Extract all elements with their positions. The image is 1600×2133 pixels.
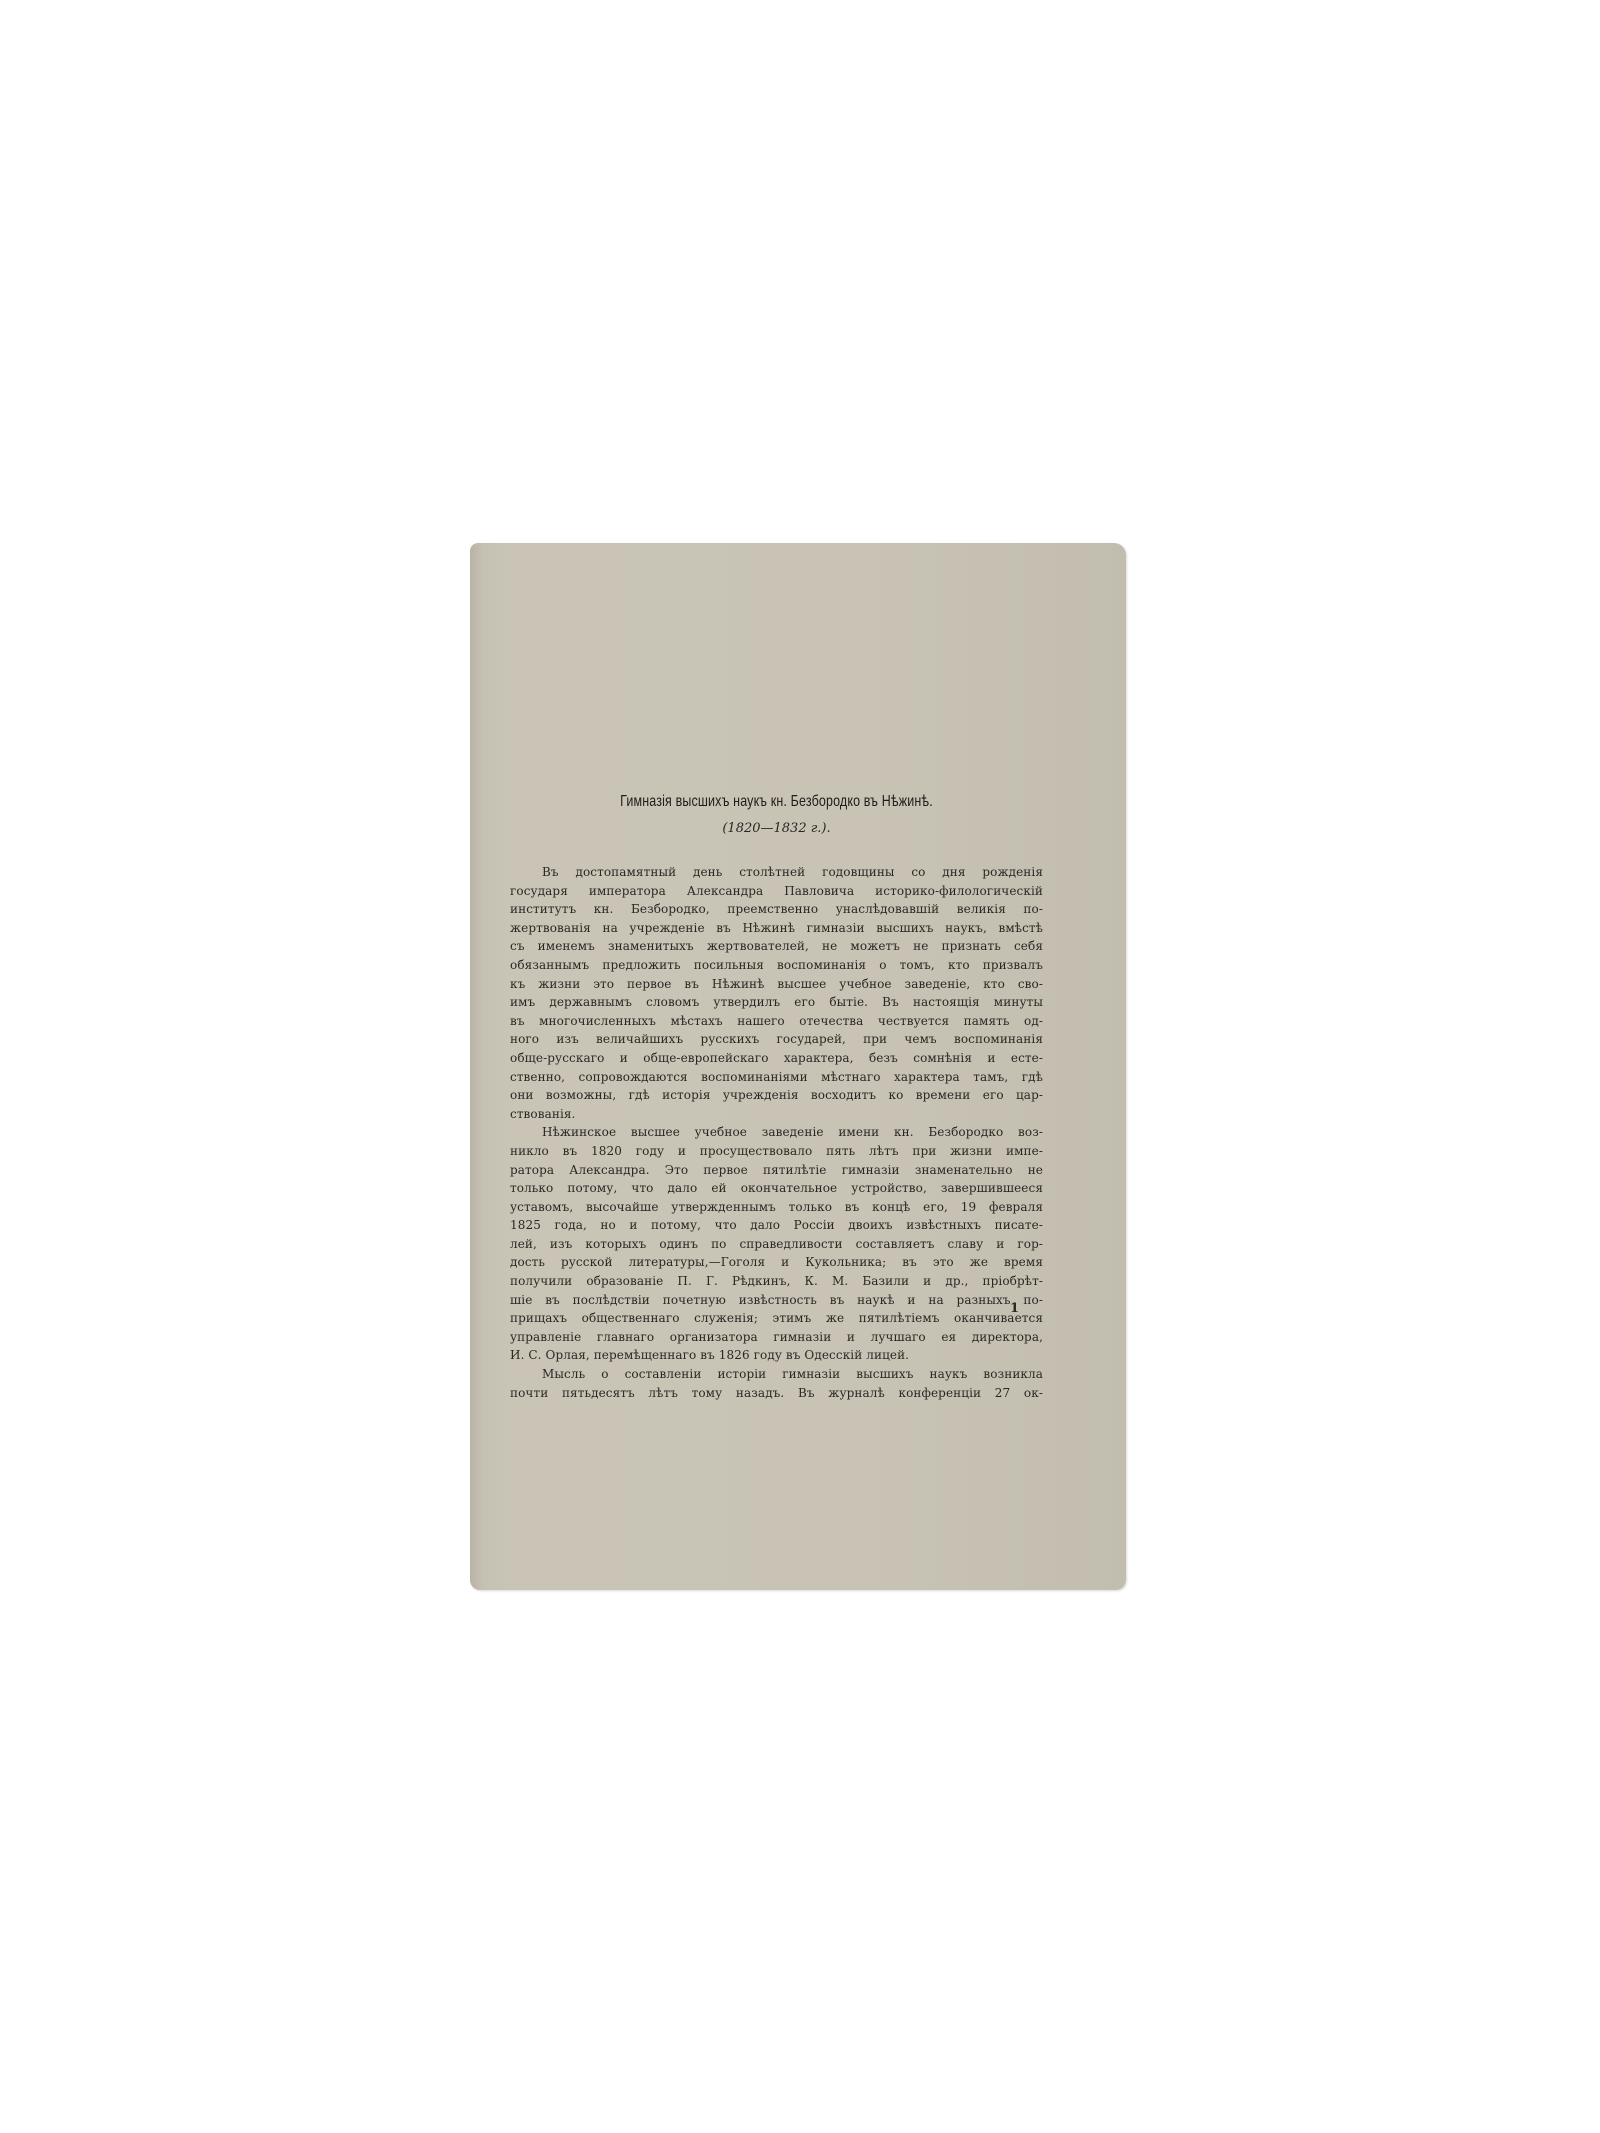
text-line: уставомъ, высочайше утвержденнымъ только… — [510, 1198, 1043, 1217]
text-line: управленіе главнаго организатора гимназі… — [510, 1328, 1043, 1347]
text-line: имъ державнымъ словомъ утвердилъ его быт… — [510, 993, 1043, 1012]
text-line: государя императора Александра Павловича… — [510, 882, 1043, 901]
paragraph-3: Мысль о составленіи исторіи гимназіи выс… — [510, 1365, 1043, 1402]
text-line: 1825 года, но и потому, что дало Россіи … — [510, 1216, 1043, 1235]
text-line: къ жизни это первое въ Нѣжинѣ высшее уче… — [510, 975, 1043, 994]
text-line: ственно, сопровождаются воспоминаніями м… — [510, 1068, 1043, 1087]
paragraph-1: Въ достопамятный день столѣтней годовщин… — [510, 863, 1043, 1123]
text-line: только потому, что дало ей окончательное… — [510, 1179, 1043, 1198]
body-text: Въ достопамятный день столѣтней годовщин… — [510, 863, 1043, 1402]
text-line: Въ достопамятный день столѣтней годовщин… — [510, 863, 1043, 882]
book-page: Гимназія высшихъ наукъ кн. Безбородко въ… — [470, 543, 1126, 1590]
text-line: лей, изъ которыхъ одинъ по справедливост… — [510, 1235, 1043, 1254]
text-line: обще-русскаго и обще-европейскаго характ… — [510, 1049, 1043, 1068]
text-line: ствованія. — [510, 1105, 1043, 1124]
text-line: получили образованіе П. Г. Рѣдкинъ, К. М… — [510, 1272, 1043, 1291]
text-line: почти пятьдесятъ лѣтъ тому назадъ. Въ жу… — [510, 1384, 1043, 1403]
chapter-date-range: (1820—1832 г.). — [510, 821, 1043, 836]
text-line: ного изъ величайшихъ русскихъ государей,… — [510, 1030, 1043, 1049]
text-line: прищахъ общественнаго служенія; этимъ же… — [510, 1309, 1043, 1328]
text-line: они возможны, гдѣ исторія учрежденія вос… — [510, 1086, 1043, 1105]
text-line: въ многочисленныхъ мѣстахъ нашего отечес… — [510, 1012, 1043, 1031]
text-line: обязаннымъ предложить посильныя воспомин… — [510, 956, 1043, 975]
chapter-title: Гимназія высшихъ наукъ кн. Безбородко въ… — [569, 793, 985, 811]
text-line: институтъ кн. Безбородко, преемственно у… — [510, 900, 1043, 919]
text-line: И. С. Орлая, перемѣщеннаго въ 1826 году … — [510, 1346, 1043, 1365]
text-line: ратора Александра. Это первое пятилѣтіе … — [510, 1161, 1043, 1180]
text-line: жертвованія на учрежденіе въ Нѣжинѣ гимн… — [510, 919, 1043, 938]
text-line: шіе въ послѣдствіи почетную извѣстность … — [510, 1291, 1043, 1310]
paragraph-2: Нѣжинское высшее учебное заведеніе имени… — [510, 1123, 1043, 1365]
text-line: Нѣжинское высшее учебное заведеніе имени… — [510, 1123, 1043, 1142]
text-line: никло въ 1820 году и просуществовало пят… — [510, 1142, 1043, 1161]
text-line: Мысль о составленіи исторіи гимназіи выс… — [510, 1365, 1043, 1384]
text-line: дость русской литературы,—Гоголя и Кукол… — [510, 1253, 1043, 1272]
page-number: 1 — [1010, 1301, 1019, 1316]
text-line: съ именемъ знаменитыхъ жертвователей, не… — [510, 937, 1043, 956]
